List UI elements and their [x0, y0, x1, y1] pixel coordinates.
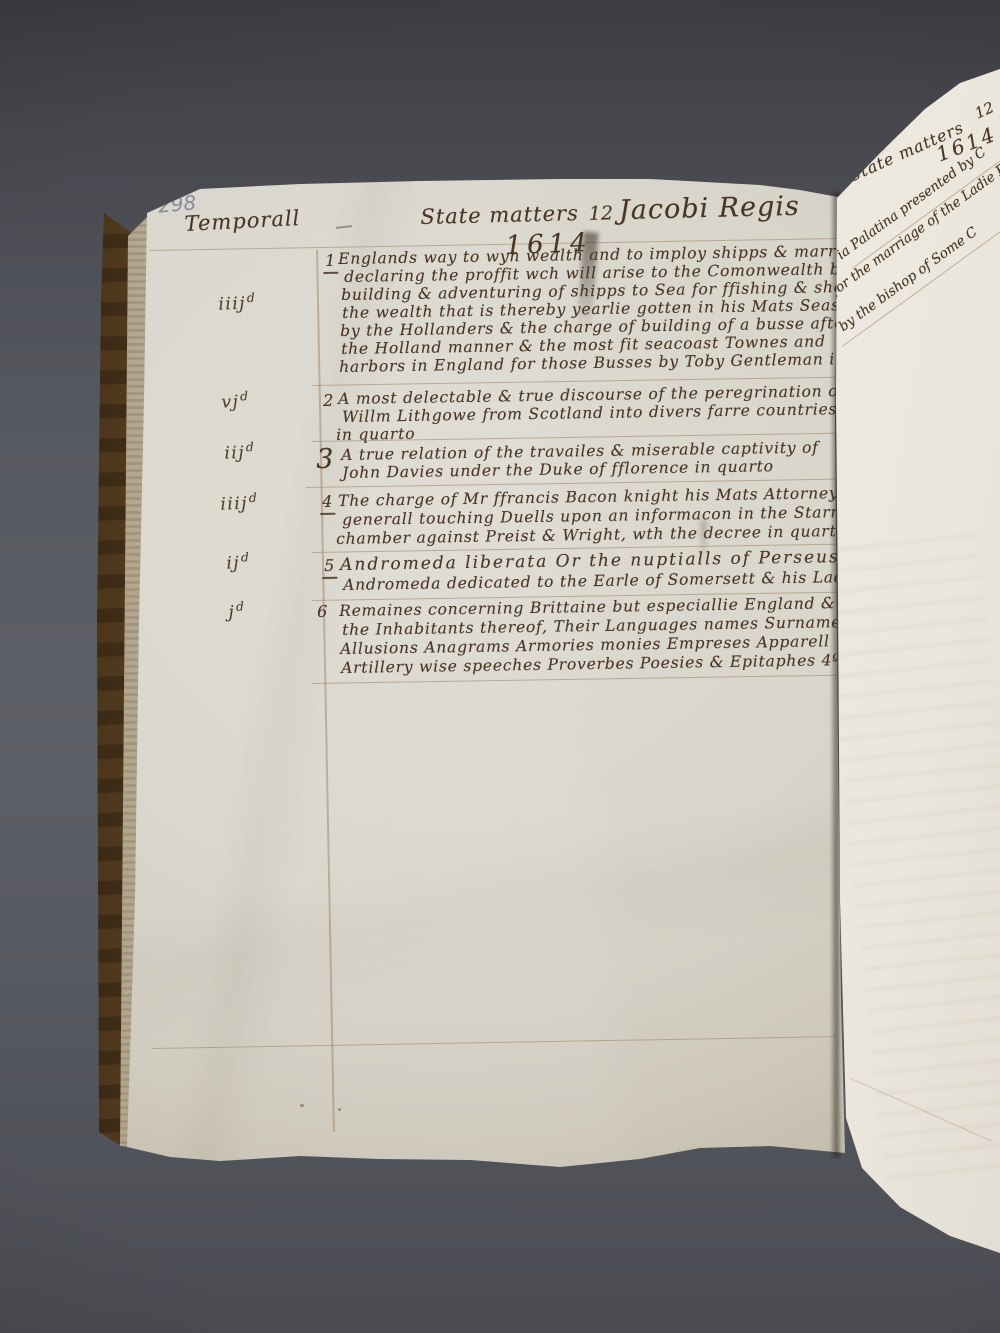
price-unit: d — [241, 550, 251, 564]
entry-number: 5 — [324, 556, 334, 575]
entry-number: 1 — [325, 251, 335, 270]
price-mark: iiijd — [220, 491, 259, 515]
price-value: vj — [221, 392, 240, 413]
price-mark: ijd — [226, 550, 251, 573]
price-mark: iijd — [224, 440, 256, 464]
price-unit: d — [240, 389, 250, 403]
price-value: ij — [226, 553, 240, 573]
entry-number: 6 — [317, 602, 327, 621]
entry-number: 4 — [322, 492, 332, 511]
manuscript-photo: 298 Temporall State matters12Jacobi Regi… — [0, 0, 1000, 1333]
price-unit: d — [249, 491, 259, 505]
price-unit: d — [236, 599, 246, 613]
entry-number: 3 — [316, 444, 334, 475]
regnal-year-number: 12 — [589, 202, 614, 225]
page-title-text: State matters — [420, 201, 579, 229]
ink-bleedthrough — [819, 533, 1000, 1186]
next-page-regnal-number: 12 — [972, 98, 997, 122]
price-value: iij — [224, 443, 245, 464]
price-unit: d — [247, 291, 257, 305]
entry-number: 2 — [323, 391, 333, 410]
price-mark: jd — [228, 599, 246, 622]
price-value: iiij — [218, 294, 246, 315]
price-value: j — [228, 602, 235, 622]
price-unit: d — [246, 440, 256, 454]
regnal-name: Jacobi Regis — [619, 191, 801, 226]
price-mark: iiijd — [218, 291, 257, 315]
foxing-spot — [338, 1108, 341, 1111]
price-mark: vjd — [221, 389, 250, 413]
price-value: iiij — [220, 494, 248, 515]
entry-line: in quarto — [336, 425, 415, 444]
foxing-spot — [300, 1104, 304, 1107]
